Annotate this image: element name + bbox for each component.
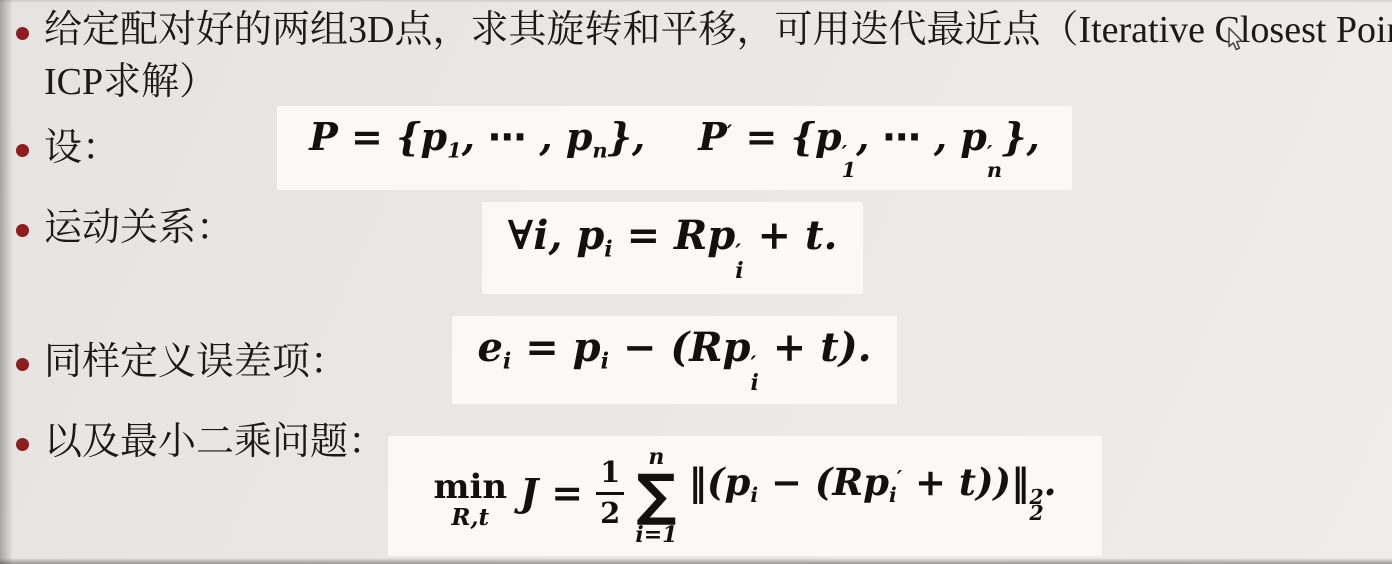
math-token: ∀i, p xyxy=(508,212,605,259)
bullet-label-motion: 运动关系： xyxy=(44,202,234,254)
math-token: i xyxy=(601,349,609,375)
math-token: , ⋯ , p xyxy=(462,114,593,159)
bottom-shadow-edge xyxy=(0,558,1392,564)
norm-expression: ‖(pi − (Rpi′ + t))‖22. xyxy=(688,464,1056,521)
math-token: 22 xyxy=(1029,490,1043,522)
math-token: . xyxy=(1044,460,1057,504)
formula-least-squares: min R,t J = 1 2 n ∑ i=1 ‖(pi − (Rpi′ + t… xyxy=(433,446,1056,545)
bullet-icon xyxy=(16,27,29,40)
bullet-icon xyxy=(16,144,29,157)
math-token: }, P xyxy=(608,114,727,159)
formula-box-set-definition: P = {p1, ⋯ , pn}, P′ = {p′1, ⋯ , p′n}, xyxy=(277,106,1072,190)
intro-line-2: ICP求解） xyxy=(44,56,1392,108)
math-token: − (Rp xyxy=(758,460,889,504)
left-shadow-edge xyxy=(0,0,13,564)
math-token: ′n xyxy=(987,145,1002,178)
mouse-cursor-icon xyxy=(1226,27,1244,53)
math-token: , ⋯ , p xyxy=(856,114,987,159)
intro-line-1: 给定配对好的两组3D点，求其旋转和平移，可用迭代最近点（Iterative Cl… xyxy=(44,4,1392,56)
math-token: − (Rp xyxy=(609,324,751,371)
formula-box-error-term: ei = pi − (Rp′i + t). xyxy=(452,316,897,404)
math-token: ′i xyxy=(735,245,743,279)
math-token: i xyxy=(503,349,511,375)
objective-lhs: J = xyxy=(520,470,583,515)
fraction-one-half: 1 2 xyxy=(596,458,624,528)
math-token: = p xyxy=(511,324,600,371)
bullet-intro-text: 给定配对好的两组3D点，求其旋转和平移，可用迭代最近点（Iterative Cl… xyxy=(44,4,1392,108)
formula-motion-relation: ∀i, pi = Rp′i + t. xyxy=(508,216,838,279)
bullet-icon xyxy=(16,224,29,237)
math-token: ′i xyxy=(750,357,758,391)
math-token: = {p xyxy=(732,114,841,159)
formula-box-motion-relation: ∀i, pi = Rp′i + t. xyxy=(482,202,863,294)
math-token: 1 xyxy=(447,137,462,162)
bullet-label-error: 同样定义误差项： xyxy=(44,336,348,388)
formula-set-definition: P = {p1, ⋯ , pn}, P′ = {p′1, ⋯ , p′n}, xyxy=(309,118,1040,178)
bullet-label-least-squares: 以及最小二乘问题： xyxy=(44,416,386,468)
math-token: }, xyxy=(1002,114,1040,159)
math-token: + t. xyxy=(744,212,838,259)
math-token: e xyxy=(477,324,502,371)
formula-error-term: ei = pi − (Rp′i + t). xyxy=(477,328,871,391)
min-operator: min R,t xyxy=(433,470,507,529)
math-token: ′1 xyxy=(842,145,857,178)
formula-box-least-squares: min R,t J = 1 2 n ∑ i=1 ‖(pi − (Rpi′ + t… xyxy=(388,436,1102,556)
math-token: = Rp xyxy=(613,212,736,259)
math-token: i xyxy=(750,483,758,507)
math-token: P = {p xyxy=(309,114,447,159)
math-token: i xyxy=(889,483,897,507)
summation-symbol: n ∑ i=1 xyxy=(635,446,677,545)
math-token: ‖(p xyxy=(688,460,750,504)
math-token: + t))‖ xyxy=(902,460,1029,504)
bullet-icon xyxy=(16,438,29,451)
top-shadow-edge xyxy=(0,0,1392,3)
math-token: + t). xyxy=(759,324,872,371)
math-token: n xyxy=(592,137,607,162)
slide: 给定配对好的两组3D点，求其旋转和平移，可用迭代最近点（Iterative Cl… xyxy=(0,0,1392,564)
math-token: i xyxy=(604,237,612,263)
bullet-icon xyxy=(16,358,29,371)
bullet-label-set: 设： xyxy=(44,122,120,174)
